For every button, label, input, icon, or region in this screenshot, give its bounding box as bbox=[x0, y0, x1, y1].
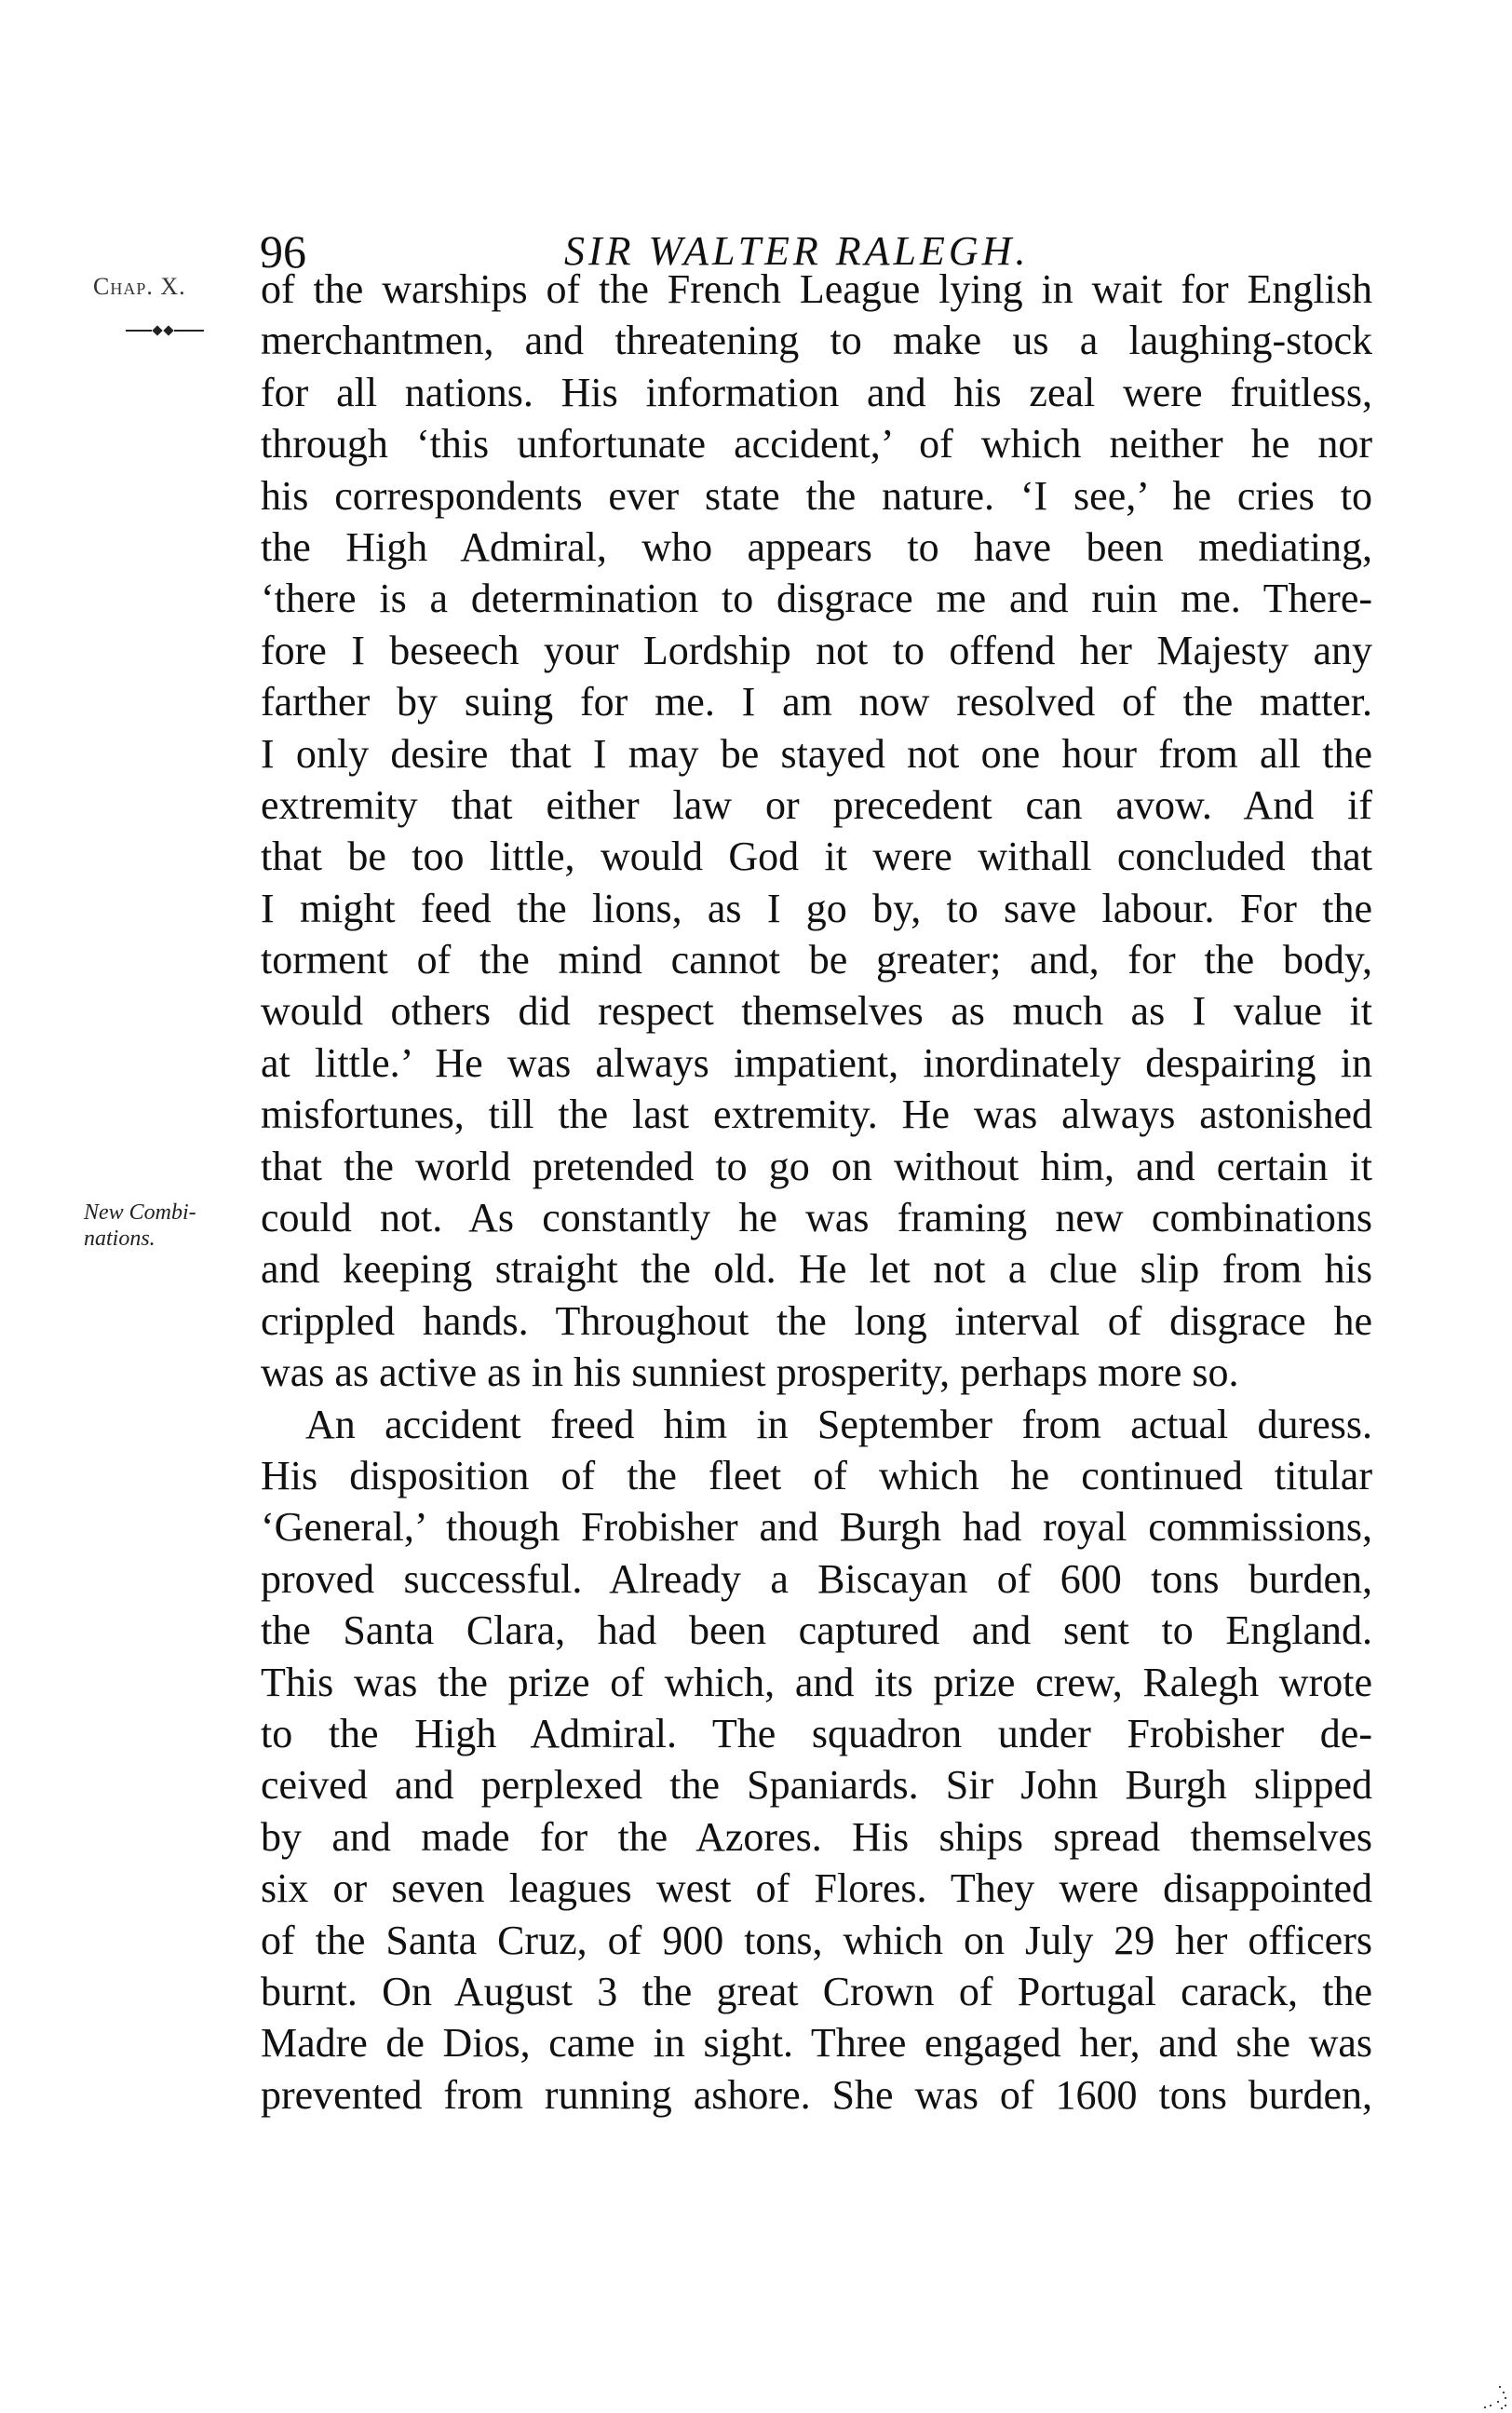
text-line: ‘General,’ though Frobisher and Burgh ha… bbox=[261, 1501, 1372, 1552]
text-line: his correspondents ever state the nature… bbox=[261, 470, 1372, 522]
text-line: that the world pretended to go on withou… bbox=[261, 1141, 1372, 1192]
text-line: through ‘this unfortunate accident,’ of … bbox=[261, 418, 1372, 469]
text-line: His disposition of the fleet of which he… bbox=[261, 1450, 1372, 1501]
text-line: of the warships of the French League lyi… bbox=[261, 264, 1372, 315]
text-line: This was the prize of which, and its pri… bbox=[261, 1657, 1372, 1708]
text-line: misfortunes, till the last extremity. He… bbox=[261, 1089, 1372, 1140]
text-line: ‘there is a determination to disgrace me… bbox=[261, 573, 1372, 624]
text-line: the High Admiral, who appears to have be… bbox=[261, 522, 1372, 573]
text-line: prevented from running ashore. She was o… bbox=[261, 2069, 1372, 2121]
text-line: An accident freed him in September from … bbox=[261, 1399, 1372, 1450]
text-line: at little.’ He was always impatient, ino… bbox=[261, 1037, 1372, 1089]
text-line: ceived and perplexed the Spaniards. Sir … bbox=[261, 1759, 1372, 1810]
text-line: crippled hands. Throughout the long inte… bbox=[261, 1295, 1372, 1347]
margin-note-line: nations. bbox=[84, 1226, 242, 1252]
text-line: the Santa Clara, had been captured and s… bbox=[261, 1605, 1372, 1656]
text-line: would others did respect themselves as m… bbox=[261, 985, 1372, 1037]
text-line: was as active as in his sunniest prosper… bbox=[261, 1347, 1372, 1398]
text-line: extremity that either law or precedent c… bbox=[261, 779, 1372, 831]
text-line: torment of the mind cannot be greater; a… bbox=[261, 934, 1372, 985]
text-line: I only desire that I may be stayed not o… bbox=[261, 728, 1372, 779]
text-line: could not. As constantly he was framing … bbox=[261, 1192, 1372, 1243]
text-line: to the High Admiral. The squadron under … bbox=[261, 1708, 1372, 1759]
text-line: burnt. On August 3 the great Crown of Po… bbox=[261, 1966, 1372, 2017]
paragraph-2: An accident freed him in September from … bbox=[261, 1399, 1372, 2121]
text-line: of the Santa Cruz, of 900 tons, which on… bbox=[261, 1915, 1372, 1966]
body-text: of the warships of the French League lyi… bbox=[261, 264, 1372, 2121]
text-line: merchantmen, and threatening to make us … bbox=[261, 315, 1372, 366]
ornament-rule-icon bbox=[126, 324, 204, 337]
chapter-marker: Chap. X. bbox=[93, 266, 186, 307]
text-line: six or seven leagues west of Flores. The… bbox=[261, 1863, 1372, 1914]
text-line: proved successful. Already a Biscayan of… bbox=[261, 1553, 1372, 1605]
text-line: for all nations. His information and his… bbox=[261, 367, 1372, 418]
text-line: farther by suing for me. I am now resolv… bbox=[261, 676, 1372, 727]
text-line: that be too little, would God it were wi… bbox=[261, 831, 1372, 882]
scan-artifact bbox=[1480, 2384, 1508, 2410]
text-line: by and made for the Azores. His ships sp… bbox=[261, 1811, 1372, 1863]
margin-note-line: New Combi- bbox=[84, 1200, 242, 1226]
text-line: fore I beseech your Lordship not to offe… bbox=[261, 625, 1372, 676]
margin-note-new-combinations: New Combi- nations. bbox=[84, 1200, 242, 1252]
paragraph-1: of the warships of the French League lyi… bbox=[261, 264, 1372, 1399]
text-line: and keeping straight the old. He let not… bbox=[261, 1243, 1372, 1295]
text-line: I might feed the lions, as I go by, to s… bbox=[261, 883, 1372, 934]
text-line: Madre de Dios, came in sight. Three enga… bbox=[261, 2017, 1372, 2068]
